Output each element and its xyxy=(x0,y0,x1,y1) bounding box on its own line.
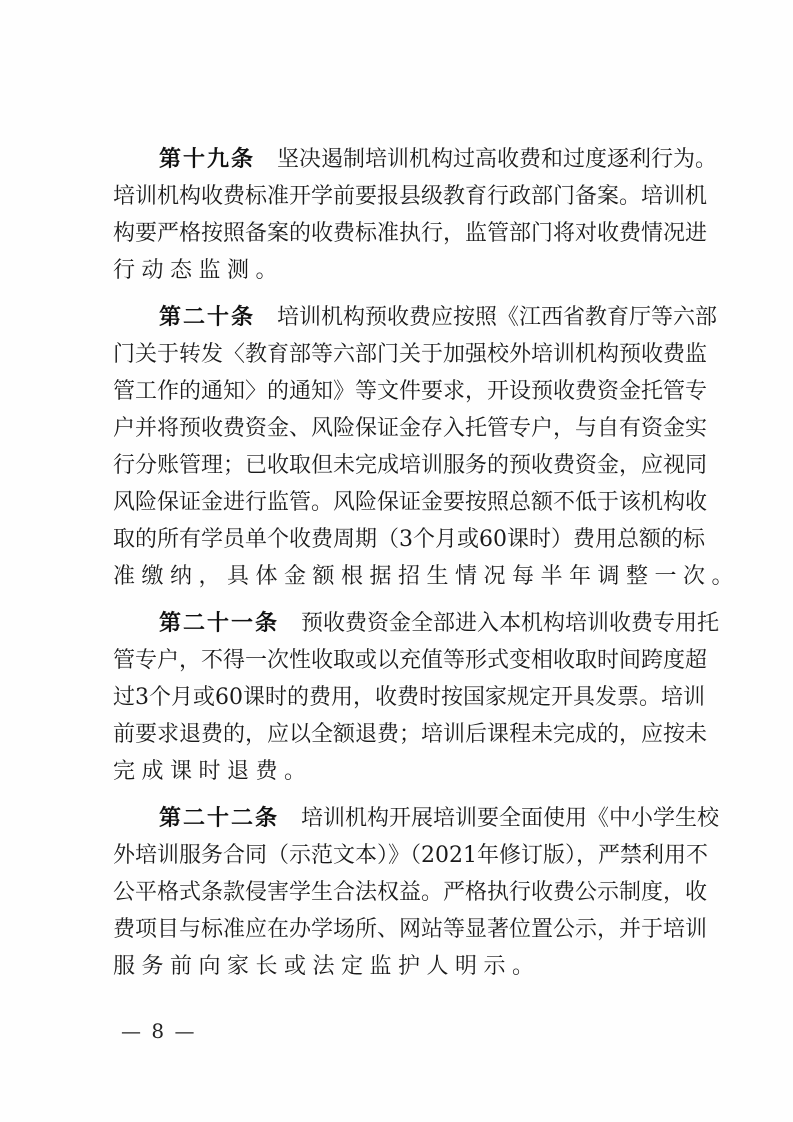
document-body: 第十九条坚决遏制培训机构过高收费和过度逐利行为。 培训机构收费标准开学前要报县级… xyxy=(113,141,689,995)
article-line: 风险保证金进行监管。风险保证金要按照总额不低于该机构收 xyxy=(113,484,689,521)
article-line: 前要求退费的，应以全额退费；培训后课程未完成的，应按未 xyxy=(113,716,689,753)
article-heading: 第二十条 xyxy=(159,305,255,330)
article-line: 第十九条坚决遏制培训机构过高收费和过度逐利行为。 xyxy=(113,141,689,178)
article-19: 第十九条坚决遏制培训机构过高收费和过度逐利行为。 培训机构收费标准开学前要报县级… xyxy=(113,141,689,289)
article-line: 行动态监测。 xyxy=(113,252,689,289)
article-line: 行分账管理；已收取但未完成培训服务的预收费资金，应视同 xyxy=(113,447,689,484)
article-line: 构要严格按照备案的收费标准执行，监管部门将对收费情况进 xyxy=(113,215,689,252)
article-22: 第二十二条培训机构开展培训要全面使用《中小学生校 外培训服务合同（示范文本）》（… xyxy=(113,800,689,985)
article-heading: 第二十一条 xyxy=(159,611,279,636)
article-line: 门关于转发〈教育部等六部门关于加强校外培训机构预收费监 xyxy=(113,336,689,373)
article-line: 外培训服务合同（示范文本）》（2021年修订版），严禁利用不 xyxy=(113,837,689,874)
article-line: 过3个月或60课时的费用，收费时按国家规定开具发票。培训 xyxy=(113,679,689,716)
article-20: 第二十条培训机构预收费应按照《江西省教育厅等六部 门关于转发〈教育部等六部门关于… xyxy=(113,299,689,595)
article-heading: 第二十二条 xyxy=(159,806,279,831)
article-text: 培训机构开展培训要全面使用《中小学生校 xyxy=(301,806,719,831)
article-line: 完成课时退费。 xyxy=(113,753,689,790)
article-text: 培训机构预收费应按照《江西省教育厅等六部 xyxy=(277,305,717,330)
article-line: 准缴纳，具体金额根据招生情况每半年调整一次。 xyxy=(113,558,689,595)
article-line: 户并将预收费资金、风险保证金存入托管专户，与自有资金实 xyxy=(113,410,689,447)
document-page: 第十九条坚决遏制培训机构过高收费和过度逐利行为。 培训机构收费标准开学前要报县级… xyxy=(0,0,793,1122)
article-line: 管工作的通知〉的通知》等文件要求，开设预收费资金托管专 xyxy=(113,373,689,410)
article-line: 第二十二条培训机构开展培训要全面使用《中小学生校 xyxy=(113,800,689,837)
article-line: 第二十一条预收费资金全部进入本机构培训收费专用托 xyxy=(113,605,689,642)
article-line: 公平格式条款侵害学生合法权益。严格执行收费公示制度，收 xyxy=(113,874,689,911)
article-line: 服务前向家长或法定监护人明示。 xyxy=(113,948,689,985)
page-number: — 8 — xyxy=(121,1017,196,1045)
article-text: 坚决遏制培训机构过高收费和过度逐利行为。 xyxy=(277,147,717,172)
article-21: 第二十一条预收费资金全部进入本机构培训收费专用托 管专户，不得一次性收取或以充值… xyxy=(113,605,689,790)
article-line: 取的所有学员单个收费周期（3个月或60课时）费用总额的标 xyxy=(113,521,689,558)
article-line: 管专户，不得一次性收取或以充值等形式变相收取时间跨度超 xyxy=(113,642,689,679)
article-line: 第二十条培训机构预收费应按照《江西省教育厅等六部 xyxy=(113,299,689,336)
article-heading: 第十九条 xyxy=(159,147,255,172)
article-text: 预收费资金全部进入本机构培训收费专用托 xyxy=(301,611,719,636)
article-line: 培训机构收费标准开学前要报县级教育行政部门备案。培训机 xyxy=(113,178,689,215)
article-line: 费项目与标准应在办学场所、网站等显著位置公示，并于培训 xyxy=(113,911,689,948)
